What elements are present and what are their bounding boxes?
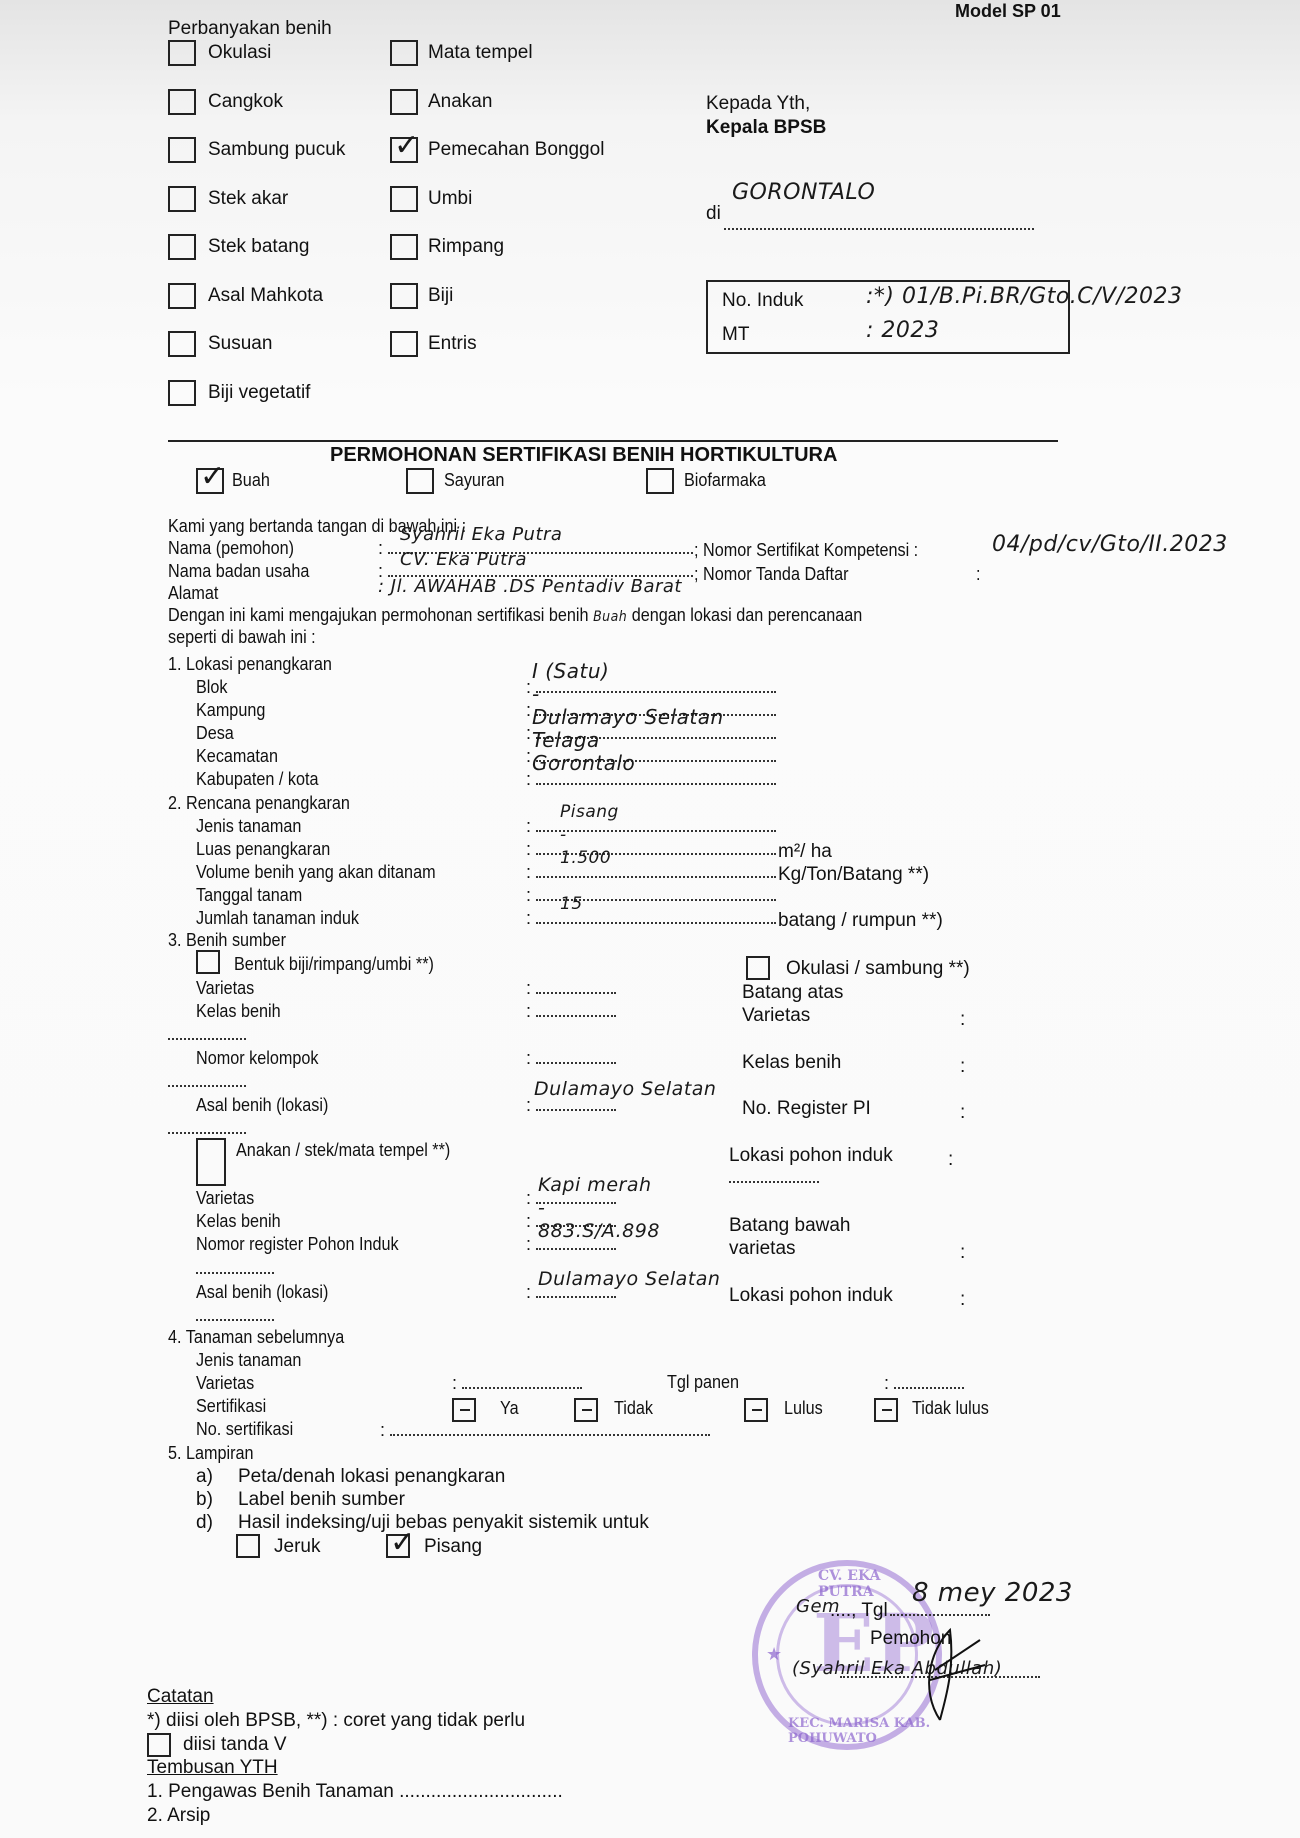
perbanyakan-label: Perbanyakan benih xyxy=(168,18,332,40)
anakan-label: Anakan / stek/mata tempel **) xyxy=(236,1140,450,1161)
section1-field-value[interactable]: Telaga xyxy=(532,728,600,752)
form-title: PERMOHONAN SERTIFIKASI BENIH HORTIKULTUR… xyxy=(330,444,837,466)
lampiran-marker: a) xyxy=(196,1466,213,1488)
asal-benih-value[interactable]: Dulamayo Selatan xyxy=(534,1078,716,1100)
anakan-field-label: Asal benih (lokasi) xyxy=(196,1282,328,1303)
dotted-line xyxy=(168,1071,246,1092)
tgl-label: ...., Tgl xyxy=(830,1600,888,1622)
alamat-value[interactable]: : Jl. AWAHAB .DS Pentadiv Barat xyxy=(378,576,682,597)
section1-field-label: Desa xyxy=(196,723,234,744)
perbanyakan-checkbox-r6[interactable] xyxy=(390,331,418,357)
statement-b: dengan lokasi dan perencanaan xyxy=(632,605,863,625)
varietas-line: : xyxy=(452,1373,582,1394)
perbanyakan-option-label: Rimpang xyxy=(428,236,504,258)
benih-sumber-left-label: Varietas xyxy=(196,978,254,999)
no-induk-value[interactable]: :*) 01/B.Pi.BR/Gto.C/V/2023 xyxy=(866,284,1183,309)
perbanyakan-option-label: Stek batang xyxy=(208,236,309,258)
section2-field-label: Tanggal tanam xyxy=(196,885,302,906)
section2-field-label: Jenis tanaman xyxy=(196,816,301,837)
mt-label: MT xyxy=(722,324,749,346)
perbanyakan-checkbox-3[interactable] xyxy=(168,186,196,212)
no-sertifikasi-line: : xyxy=(380,1420,710,1441)
section2-heading: 2. Rencana penangkaran xyxy=(168,793,350,814)
benih-sumber-left-label: Kelas benih xyxy=(196,1001,281,1022)
perbanyakan-option-label: Pemecahan Bonggol xyxy=(428,139,604,161)
benih-sumber-right2-label: varietas xyxy=(729,1238,796,1260)
perbanyakan-option-label: Susuan xyxy=(208,333,272,355)
category-checkbox-2[interactable] xyxy=(646,468,674,494)
lampiran-item-label: Hasil indeksing/uji bebas penyakit siste… xyxy=(238,1512,649,1534)
dash-mark-icon xyxy=(582,1409,592,1411)
indexing-label: Jeruk xyxy=(274,1536,320,1558)
section2-unit: m²/ ha xyxy=(778,841,832,863)
lampiran-marker: b) xyxy=(196,1489,213,1511)
section1-heading: 1. Lokasi penangkaran xyxy=(168,654,332,675)
section2-field-value[interactable]: 1.500 xyxy=(560,848,611,868)
sertifikasi-label: Sertifikasi xyxy=(196,1396,266,1417)
tgl-panen-line: : xyxy=(884,1373,964,1394)
sertifikasi-option-checkbox-3[interactable] xyxy=(874,1398,898,1422)
dash-mark-icon xyxy=(882,1409,892,1411)
indexing-label: Pisang xyxy=(424,1536,482,1558)
di-line xyxy=(724,214,1034,235)
section5-heading: 5. Lampiran xyxy=(168,1443,254,1464)
nomor-sertifikat-value[interactable]: 04/pd/cv/Gto/II.2023 xyxy=(992,532,1228,557)
check-mark-icon: ✓ xyxy=(390,1528,415,1558)
statement-fill[interactable]: Buah xyxy=(593,609,627,625)
section1-field-value[interactable]: Dulamayo Selatan xyxy=(532,705,724,729)
indexing-checkbox-1[interactable]: ✓ xyxy=(386,1534,410,1558)
section4-heading: 4. Tanaman sebelumnya xyxy=(168,1327,344,1348)
perbanyakan-option-label: Cangkok xyxy=(208,91,283,113)
section2-field-label: Jumlah tanaman induk xyxy=(196,908,359,929)
nama-value[interactable]: Syahril Eka Putra xyxy=(400,524,562,545)
colon: : xyxy=(960,1102,965,1124)
di-value[interactable]: GORONTALO xyxy=(732,180,875,205)
legend-checkbox xyxy=(147,1733,171,1757)
section1-field-label: Kabupaten / kota xyxy=(196,769,318,790)
benih-sumber-left-line: : xyxy=(526,1048,616,1069)
benih-sumber-right-label: Varietas xyxy=(742,1005,810,1027)
perbanyakan-checkbox-r5[interactable] xyxy=(390,283,418,309)
section2-unit: Kg/Ton/Batang **) xyxy=(778,864,929,886)
perbanyakan-checkbox-1[interactable] xyxy=(168,89,196,115)
note-1: *) diisi oleh BPSB, **) : coret yang tid… xyxy=(147,1710,525,1732)
dotted-line xyxy=(196,1258,274,1279)
benih-sumber-left-line: : xyxy=(526,1001,616,1022)
bentuk-checkbox[interactable] xyxy=(196,950,220,974)
tanda-daftar-label: ; Nomor Tanda Daftar xyxy=(694,564,849,585)
tembusan-label: Tembusan YTH xyxy=(147,1757,278,1779)
okulasi-checkbox[interactable] xyxy=(746,956,770,980)
addressee-line1: Kepada Yth, xyxy=(706,93,810,115)
perbanyakan-checkbox-2[interactable] xyxy=(168,137,196,163)
dotted-line xyxy=(168,1024,246,1045)
divider xyxy=(168,440,1058,442)
colon: : xyxy=(960,1056,965,1078)
note-2: diisi tanda V xyxy=(183,1734,287,1756)
perbanyakan-option-label: Okulasi xyxy=(208,42,271,64)
anakan-field-label: Nomor register Pohon Induk xyxy=(196,1234,399,1255)
statement-line2: seperti di bawah ini : xyxy=(168,627,316,648)
catatan-label: Catatan xyxy=(147,1686,214,1708)
perbanyakan-option-label: Sambung pucuk xyxy=(208,139,345,161)
varietas-label: Varietas xyxy=(196,1373,254,1394)
benih-sumber-right-label: Batang atas xyxy=(742,982,843,1004)
category-checkbox-0[interactable]: ✓ xyxy=(196,468,224,494)
section2-field-label: Volume benih yang akan ditanam xyxy=(196,862,436,883)
benih-sumber-right2-label: Batang bawah xyxy=(729,1215,851,1237)
check-mark-icon: ✓ xyxy=(394,131,419,161)
check-mark-icon: ✓ xyxy=(200,462,225,492)
statement-line1: Dengan ini kami mengajukan permohonan se… xyxy=(168,605,862,628)
form-model-code: Model SP 01 xyxy=(955,0,1061,22)
benih-sumber-right2-label: Lokasi pohon induk xyxy=(729,1145,893,1167)
perbanyakan-checkbox-5[interactable] xyxy=(168,283,196,309)
benih-sumber-right-label: No. Register PI xyxy=(742,1098,871,1120)
perbanyakan-option-label: Biji xyxy=(428,285,453,307)
tgl-panen-label: Tgl panen xyxy=(667,1372,739,1393)
badan-usaha-value[interactable]: CV. Eka Putra xyxy=(400,549,527,570)
colon: : xyxy=(960,1242,965,1264)
perbanyakan-option-label: Anakan xyxy=(428,91,492,113)
perbanyakan-checkbox-7[interactable] xyxy=(168,380,196,406)
alamat-label: Alamat xyxy=(168,583,218,604)
benih-sumber-left-line: : xyxy=(526,978,616,999)
perbanyakan-option-label: Entris xyxy=(428,333,477,355)
benih-sumber-left-label: Asal benih (lokasi) xyxy=(196,1095,328,1116)
section1-field-value[interactable]: I (Satu) xyxy=(532,659,609,683)
lampiran-item-label: Label benih sumber xyxy=(238,1489,405,1511)
nama-label: Nama (pemohon) xyxy=(168,538,294,559)
statement-a: Dengan ini kami mengajukan permohonan se… xyxy=(168,605,589,625)
section3-heading: 3. Benih sumber xyxy=(168,930,286,951)
anakan-field-value[interactable]: Dulamayo Selatan xyxy=(538,1268,720,1290)
colon: : xyxy=(948,1149,953,1171)
category-checkbox-1[interactable] xyxy=(406,468,434,494)
sertifikasi-option-checkbox-1[interactable] xyxy=(574,1398,598,1422)
perbanyakan-checkbox-4[interactable] xyxy=(168,234,196,260)
perbanyakan-option-label: Asal Mahkota xyxy=(208,285,323,307)
signature-date[interactable]: 8 mey 2023 xyxy=(912,1578,1073,1608)
tembusan-1: 1. Pengawas Benih Tanaman ..............… xyxy=(147,1781,563,1803)
anakan-checkbox[interactable] xyxy=(196,1138,226,1186)
sertifikasi-option-label: Tidak lulus xyxy=(912,1398,989,1419)
section1-field-value[interactable]: - xyxy=(532,682,540,706)
star-icon: ★ xyxy=(766,1644,782,1665)
section1-field-label: Kampung xyxy=(196,700,265,721)
section2-field-value[interactable]: 15 xyxy=(560,894,583,914)
no-sertifikasi-label: No. sertifikasi xyxy=(196,1419,293,1440)
perbanyakan-checkbox-r3[interactable] xyxy=(390,186,418,212)
category-label: Biofarmaka xyxy=(684,470,766,491)
anakan-field-label: Kelas benih xyxy=(196,1211,281,1232)
dash-mark-icon xyxy=(460,1409,470,1411)
sertifikasi-option-label: Lulus xyxy=(784,1398,823,1419)
bentuk-label: Bentuk biji/rimpang/umbi **) xyxy=(234,954,434,975)
section2-field-value[interactable]: - xyxy=(560,825,567,845)
colon: : xyxy=(960,1289,965,1311)
sertifikasi-option-label: Ya xyxy=(500,1398,519,1419)
perbanyakan-option-label: Mata tempel xyxy=(428,42,533,64)
perbanyakan-checkbox-r1[interactable] xyxy=(390,89,418,115)
benih-sumber-left-label: Nomor kelompok xyxy=(196,1048,318,1069)
section2-field-label: Luas penangkaran xyxy=(196,839,330,860)
di-label: di xyxy=(706,203,721,225)
sertifikasi-option-checkbox-0[interactable] xyxy=(452,1398,476,1422)
section1-field-label: Blok xyxy=(196,677,228,698)
addressee-line2: Kepala BPSB xyxy=(706,117,826,139)
perbanyakan-checkbox-r2[interactable]: ✓ xyxy=(390,137,418,163)
perbanyakan-checkbox-r4[interactable] xyxy=(390,234,418,260)
lampiran-item-label: Peta/denah lokasi penangkaran xyxy=(238,1466,505,1488)
dash-mark-icon xyxy=(752,1409,762,1411)
tembusan-2: 2. Arsip xyxy=(147,1805,210,1827)
dotted-line xyxy=(196,1305,274,1326)
section1-field-value[interactable]: Gorontalo xyxy=(532,751,635,775)
badan-usaha-label: Nama badan usaha xyxy=(168,561,309,582)
category-label: Sayuran xyxy=(444,470,504,491)
perbanyakan-checkbox-6[interactable] xyxy=(168,331,196,357)
perbanyakan-option-label: Stek akar xyxy=(208,188,288,210)
anakan-field-value[interactable]: Kapi merah xyxy=(538,1174,652,1196)
mt-value[interactable]: : 2023 xyxy=(866,318,939,343)
perbanyakan-checkbox-r0[interactable] xyxy=(390,40,418,66)
perbanyakan-checkbox-0[interactable] xyxy=(168,40,196,66)
anakan-field-label: Varietas xyxy=(196,1188,254,1209)
lampiran-marker: d) xyxy=(196,1512,213,1534)
benih-sumber-right-label: Kelas benih xyxy=(742,1052,841,1074)
jenis-tanaman-label: Jenis tanaman xyxy=(196,1350,301,1371)
dotted-line xyxy=(729,1167,819,1188)
colon: : xyxy=(960,1009,965,1031)
perbanyakan-option-label: Umbi xyxy=(428,188,472,210)
tanda-daftar-colon: : xyxy=(976,564,981,585)
dotted-line xyxy=(168,1118,246,1139)
perbanyakan-option-label: Biji vegetatif xyxy=(208,382,310,404)
section2-unit: batang / rumpun **) xyxy=(778,910,943,932)
section1-field-label: Kecamatan xyxy=(196,746,278,767)
no-induk-label: No. Induk xyxy=(722,290,803,312)
section2-field-value[interactable]: Pisang xyxy=(560,802,619,822)
nomor-sertifikat-label: ; Nomor Sertifikat Kompetensi : xyxy=(694,540,918,561)
signature-scribble xyxy=(900,1610,990,1730)
benih-sumber-right2-label: Lokasi pohon induk xyxy=(729,1285,893,1307)
sertifikasi-option-label: Tidak xyxy=(614,1398,653,1419)
okulasi-label: Okulasi / sambung **) xyxy=(786,958,970,980)
sertifikasi-option-checkbox-2[interactable] xyxy=(744,1398,768,1422)
anakan-field-value[interactable]: - xyxy=(538,1197,545,1219)
category-label: Buah xyxy=(232,470,270,491)
anakan-field-value[interactable]: 883.S/A.898 xyxy=(538,1220,660,1242)
indexing-checkbox-0[interactable] xyxy=(236,1534,260,1558)
